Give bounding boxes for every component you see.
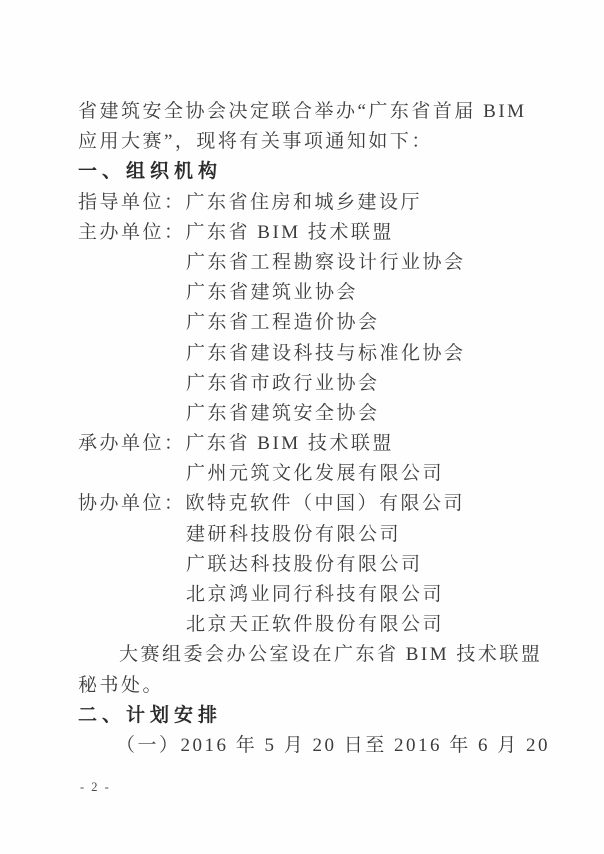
org-name: 广州元筑文化发展有限公司: [78, 459, 538, 489]
role-label-guidance: 指导单位：: [78, 192, 186, 213]
office-note-line-1: 大赛组委会办公室设在广东省 BIM 技术联盟: [78, 640, 538, 670]
role-label-host: 主办单位：: [78, 222, 186, 243]
org-name: 北京鸿业同行科技有限公司: [78, 580, 538, 610]
org-name: 广东省住房和城乡建设厅: [186, 192, 423, 213]
intro-paragraph-line-1: 省建筑安全协会决定联合举办“广东省首届 BIM: [78, 97, 538, 127]
schedule-line-1: （一）2016 年 5 月 20 日至 2016 年 6 月 20: [78, 731, 538, 761]
org-name: 广东省建筑业协会: [78, 278, 538, 308]
section-2-heading: 二、计划安排: [78, 701, 538, 731]
org-name: 欧特克软件（中国）有限公司: [186, 493, 466, 514]
office-note-line-2: 秘书处。: [78, 671, 538, 701]
org-name: 广东省工程造价协会: [78, 308, 538, 338]
role-row-host: 主办单位：广东省 BIM 技术联盟: [78, 218, 538, 248]
org-name: 广联达科技股份有限公司: [78, 550, 538, 580]
org-name: 广东省建筑安全协会: [78, 399, 538, 429]
page-number: - 2 -: [80, 780, 111, 795]
org-name: 北京天正软件股份有限公司: [78, 610, 538, 640]
role-label-organizer: 承办单位：: [78, 433, 186, 454]
section-1-heading: 一、组织机构: [78, 157, 538, 187]
role-label-co-organizer: 协办单位：: [78, 493, 186, 514]
org-name: 广东省 BIM 技术联盟: [186, 222, 394, 243]
intro-paragraph-line-2: 应用大赛”，现将有关事项通知如下：: [78, 127, 538, 157]
role-row-organizer: 承办单位：广东省 BIM 技术联盟: [78, 429, 538, 459]
org-name: 广东省 BIM 技术联盟: [186, 433, 394, 454]
role-row-guidance: 指导单位：广东省住房和城乡建设厅: [78, 188, 538, 218]
document-page: 省建筑安全协会决定联合举办“广东省首届 BIM 应用大赛”，现将有关事项通知如下…: [0, 0, 604, 854]
role-row-co-organizer: 协办单位：欧特克软件（中国）有限公司: [78, 489, 538, 519]
org-name: 广东省市政行业协会: [78, 369, 538, 399]
org-name: 广东省建设科技与标准化协会: [78, 339, 538, 369]
org-name: 广东省工程勘察设计行业协会: [78, 248, 538, 278]
org-name: 建研科技股份有限公司: [78, 520, 538, 550]
document-body: 省建筑安全协会决定联合举办“广东省首届 BIM 应用大赛”，现将有关事项通知如下…: [78, 97, 538, 761]
